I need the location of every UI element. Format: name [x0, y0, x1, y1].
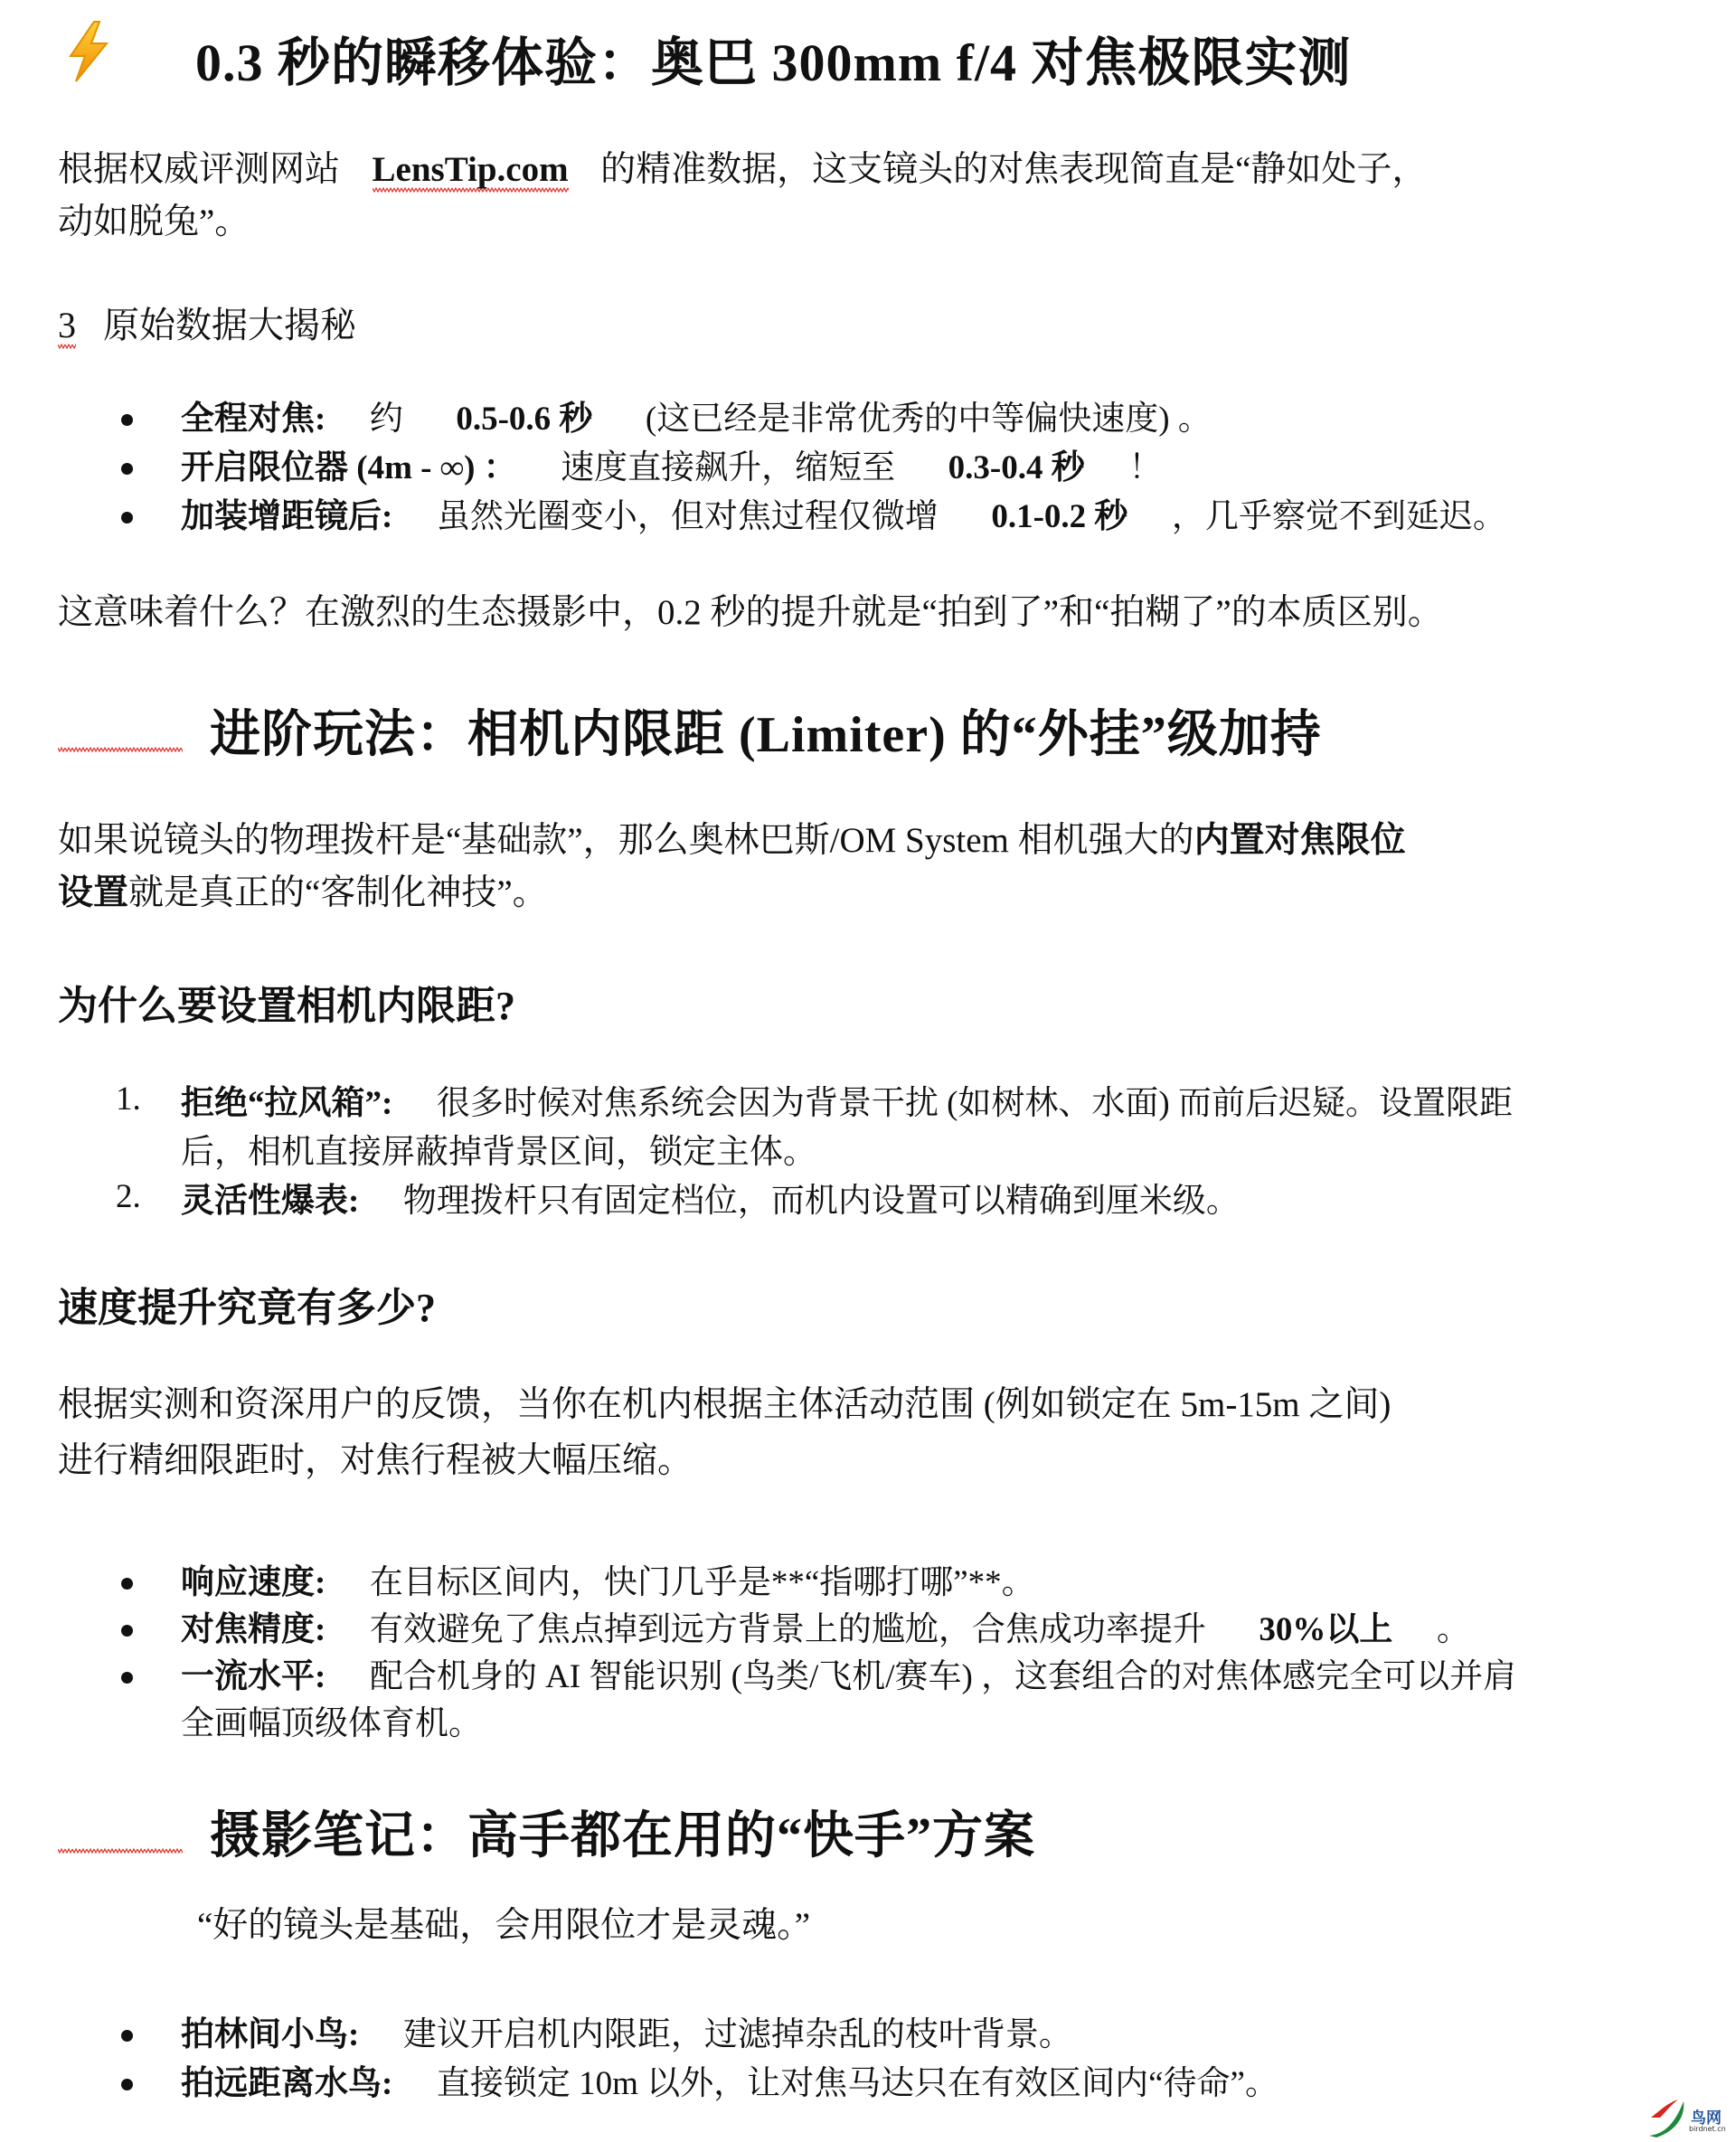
page-title: 0.3 秒的瞬移体验：奥巴 300mm f/4 对焦极限实测: [195, 20, 1352, 96]
list-item-response-speed: 响应速度: 在目标区间内，快门几乎是**“指哪打哪”**。: [181, 1559, 1035, 1608]
paragraph-bold-text: 内置对焦限位: [1194, 821, 1406, 860]
list-item-label: 一流水平:: [181, 1658, 325, 1695]
spellcheck-squiggle: [58, 747, 183, 752]
intro-text-post: 的精准数据，这支镜头的对焦表现简直是“静如处子，: [600, 150, 1427, 189]
bullet-dot: [121, 463, 133, 475]
numbered-item-bellows: 拒绝“拉风箱”: 很多时候对焦系统会因为背景干扰 (如树林、水面) 而前后迟疑。…: [181, 1080, 1513, 1128]
list-item-text: 配合机身的 AI 智能识别 (鸟类/飞机/赛车) ，这套组合的对焦体感完全可以并…: [370, 1658, 1516, 1695]
list-item-text: 建议开启机内限距，过滤掉杂乱的枝叶背景。: [403, 2016, 1072, 2053]
advanced-paragraph: 如果说镜头的物理拨杆是“基础款”，那么奥林巴斯/OM System 相机强大的内…: [58, 816, 1406, 866]
intro-paragraph: 根据权威评测网站 LensTip.com 的精准数据，这支镜头的对焦表现简直是“…: [58, 145, 1427, 195]
intro-text-pre: 根据权威评测网站: [58, 150, 340, 189]
speed-paragraph-line2: 进行精细限距时，对焦行程被大幅压缩。: [58, 1436, 693, 1486]
intro-paragraph-line2: 动如脱兔”。: [58, 197, 250, 248]
bullet-dot: [121, 414, 133, 426]
list-item-label: 拍远距离水鸟:: [181, 2065, 392, 2102]
speed-paragraph: 根据实测和资深用户的反馈，当你在机内根据主体活动范围 (例如锁定在 5m-15m…: [58, 1380, 1391, 1430]
lenstip-link-text: LensTip.com: [373, 150, 569, 193]
birdnet-watermark: 鸟网 birdnet.cn: [1647, 2090, 1734, 2139]
list-item-full-focus: 全程对焦: 约 0.5-0.6 秒 (这已经是非常优秀的中等偏快速度) 。: [181, 395, 1212, 444]
list-item-label: 加装增距镜后:: [181, 498, 392, 535]
list-item-forest-birds: 拍林间小鸟: 建议开启机内限距，过滤掉杂乱的枝叶背景。: [181, 2011, 1072, 2060]
list-item-text: 在目标区间内，快门几乎是**“指哪打哪”**。: [370, 1564, 1035, 1601]
section-raw-title: 原始数据大揭秘: [103, 305, 356, 345]
paragraph-text: 如果说镜头的物理拨杆是“基础款”，那么奥林巴斯/OM System 相机强大的: [58, 821, 1194, 860]
list-item-label: 开启限位器 (4m - ∞) ：: [181, 449, 517, 486]
paragraph-bold-text: 设置: [58, 873, 128, 912]
numbered-item-flexibility: 灵活性爆表: 物理拨杆只有固定档位，而机内设置可以精确到厘米级。: [181, 1177, 1240, 1226]
section-marker: 3: [58, 305, 76, 349]
list-item-text: 物理拨杆只有固定档位，而机内设置可以精确到厘米级。: [403, 1183, 1240, 1220]
bullet-dot: [121, 512, 133, 524]
list-number: 1.: [116, 1080, 141, 1118]
notes-quote: “好的镜头是基础，会用限位才是灵魂。”: [197, 1901, 810, 1951]
list-item-text: ！: [1128, 449, 1162, 486]
list-item-top-level: 一流水平: 配合机身的 AI 智能识别 (鸟类/飞机/赛车) ，这套组合的对焦体…: [181, 1653, 1516, 1702]
list-item-text: ，几乎察觉不到延迟。: [1172, 498, 1506, 535]
list-item-focus-accuracy: 对焦精度: 有效避免了焦点掉到远方背景上的尴尬，合焦成功率提升 30%以上 。: [181, 1606, 1470, 1655]
list-item-label: 灵活性爆表:: [181, 1183, 359, 1220]
why-heading: 为什么要设置相机内限距?: [58, 973, 515, 1031]
list-item-text: (这已经是非常优秀的中等偏快速度) 。: [646, 401, 1212, 438]
section-raw-heading: 3 原始数据大揭秘: [58, 297, 356, 348]
list-number: 2.: [116, 1177, 141, 1216]
watermark-domain: birdnet.cn: [1689, 2125, 1726, 2133]
title-bolt-icon: [61, 20, 116, 83]
list-item-label: 全程对焦:: [181, 401, 325, 438]
list-item-text: 虽然光圈变小，但对焦过程仅微增: [437, 498, 939, 535]
speed-heading: 速度提升究竟有多少?: [58, 1275, 436, 1333]
bullet-dot: [121, 1578, 133, 1590]
list-item-text: 有效避免了焦点掉到远方背景上的尴尬，合焦成功率提升: [370, 1611, 1206, 1648]
list-item-limiter: 开启限位器 (4m - ∞) ： 速度直接飙升，缩短至 0.3-0.4 秒 ！: [181, 444, 1162, 493]
list-item-teleconverter: 加装增距镜后: 虽然光圈变小，但对焦过程仅微增 0.1-0.2 秒 ，几乎察觉不…: [181, 493, 1506, 542]
bullet-dot: [121, 1625, 133, 1637]
list-item-label: 拍林间小鸟:: [181, 2016, 359, 2053]
list-item-label: 拒绝“拉风箱”:: [181, 1085, 392, 1122]
numbered-item-bellows-line2: 后，相机直接屏蔽掉背景区间，锁定主体。: [181, 1128, 816, 1177]
list-item-value: 0.3-0.4 秒: [948, 449, 1085, 486]
conclusion-paragraph: 这意味着什么？在激烈的生态摄影中，0.2 秒的提升就是“拍到了”和“拍糊了”的本…: [58, 588, 1443, 638]
list-item-value: 30%以上: [1259, 1611, 1392, 1648]
bullet-dot: [121, 2030, 133, 2042]
list-item-text: 。: [1437, 1611, 1470, 1648]
paragraph-text: 就是真正的“客制化神技”。: [128, 873, 548, 912]
section-notes-heading: 摄影笔记：高手都在用的“快手”方案: [210, 1796, 1035, 1868]
list-item-text: 速度直接飙升，缩短至: [561, 449, 895, 486]
list-item-text: 很多时候对焦系统会因为背景干扰 (如树林、水面) 而前后迟疑。设置限距: [437, 1085, 1513, 1122]
list-item-value: 0.1-0.2 秒: [991, 498, 1127, 535]
list-item-label: 对焦精度:: [181, 1611, 325, 1648]
list-item-top-level-line2: 全画幅顶级体育机。: [181, 1700, 482, 1749]
bullet-dot: [121, 1672, 133, 1684]
advanced-paragraph-line2: 设置就是真正的“客制化神技”。: [58, 868, 548, 919]
list-item-water-birds: 拍远距离水鸟: 直接锁定 10m 以外，让对焦马达只在有效区间内“待命”。: [181, 2060, 1278, 2109]
bullet-dot: [121, 2079, 133, 2090]
list-item-value: 0.5-0.6 秒: [456, 401, 592, 438]
section-advanced-heading: 进阶玩法：相机内限距 (Limiter) 的“外挂”级加持: [210, 694, 1322, 767]
spellcheck-squiggle: [58, 1848, 183, 1854]
list-item-label: 响应速度:: [181, 1564, 325, 1601]
list-item-text: 约: [370, 401, 403, 438]
list-item-text: 直接锁定 10m 以外，让对焦马达只在有效区间内“待命”。: [437, 2065, 1278, 2102]
